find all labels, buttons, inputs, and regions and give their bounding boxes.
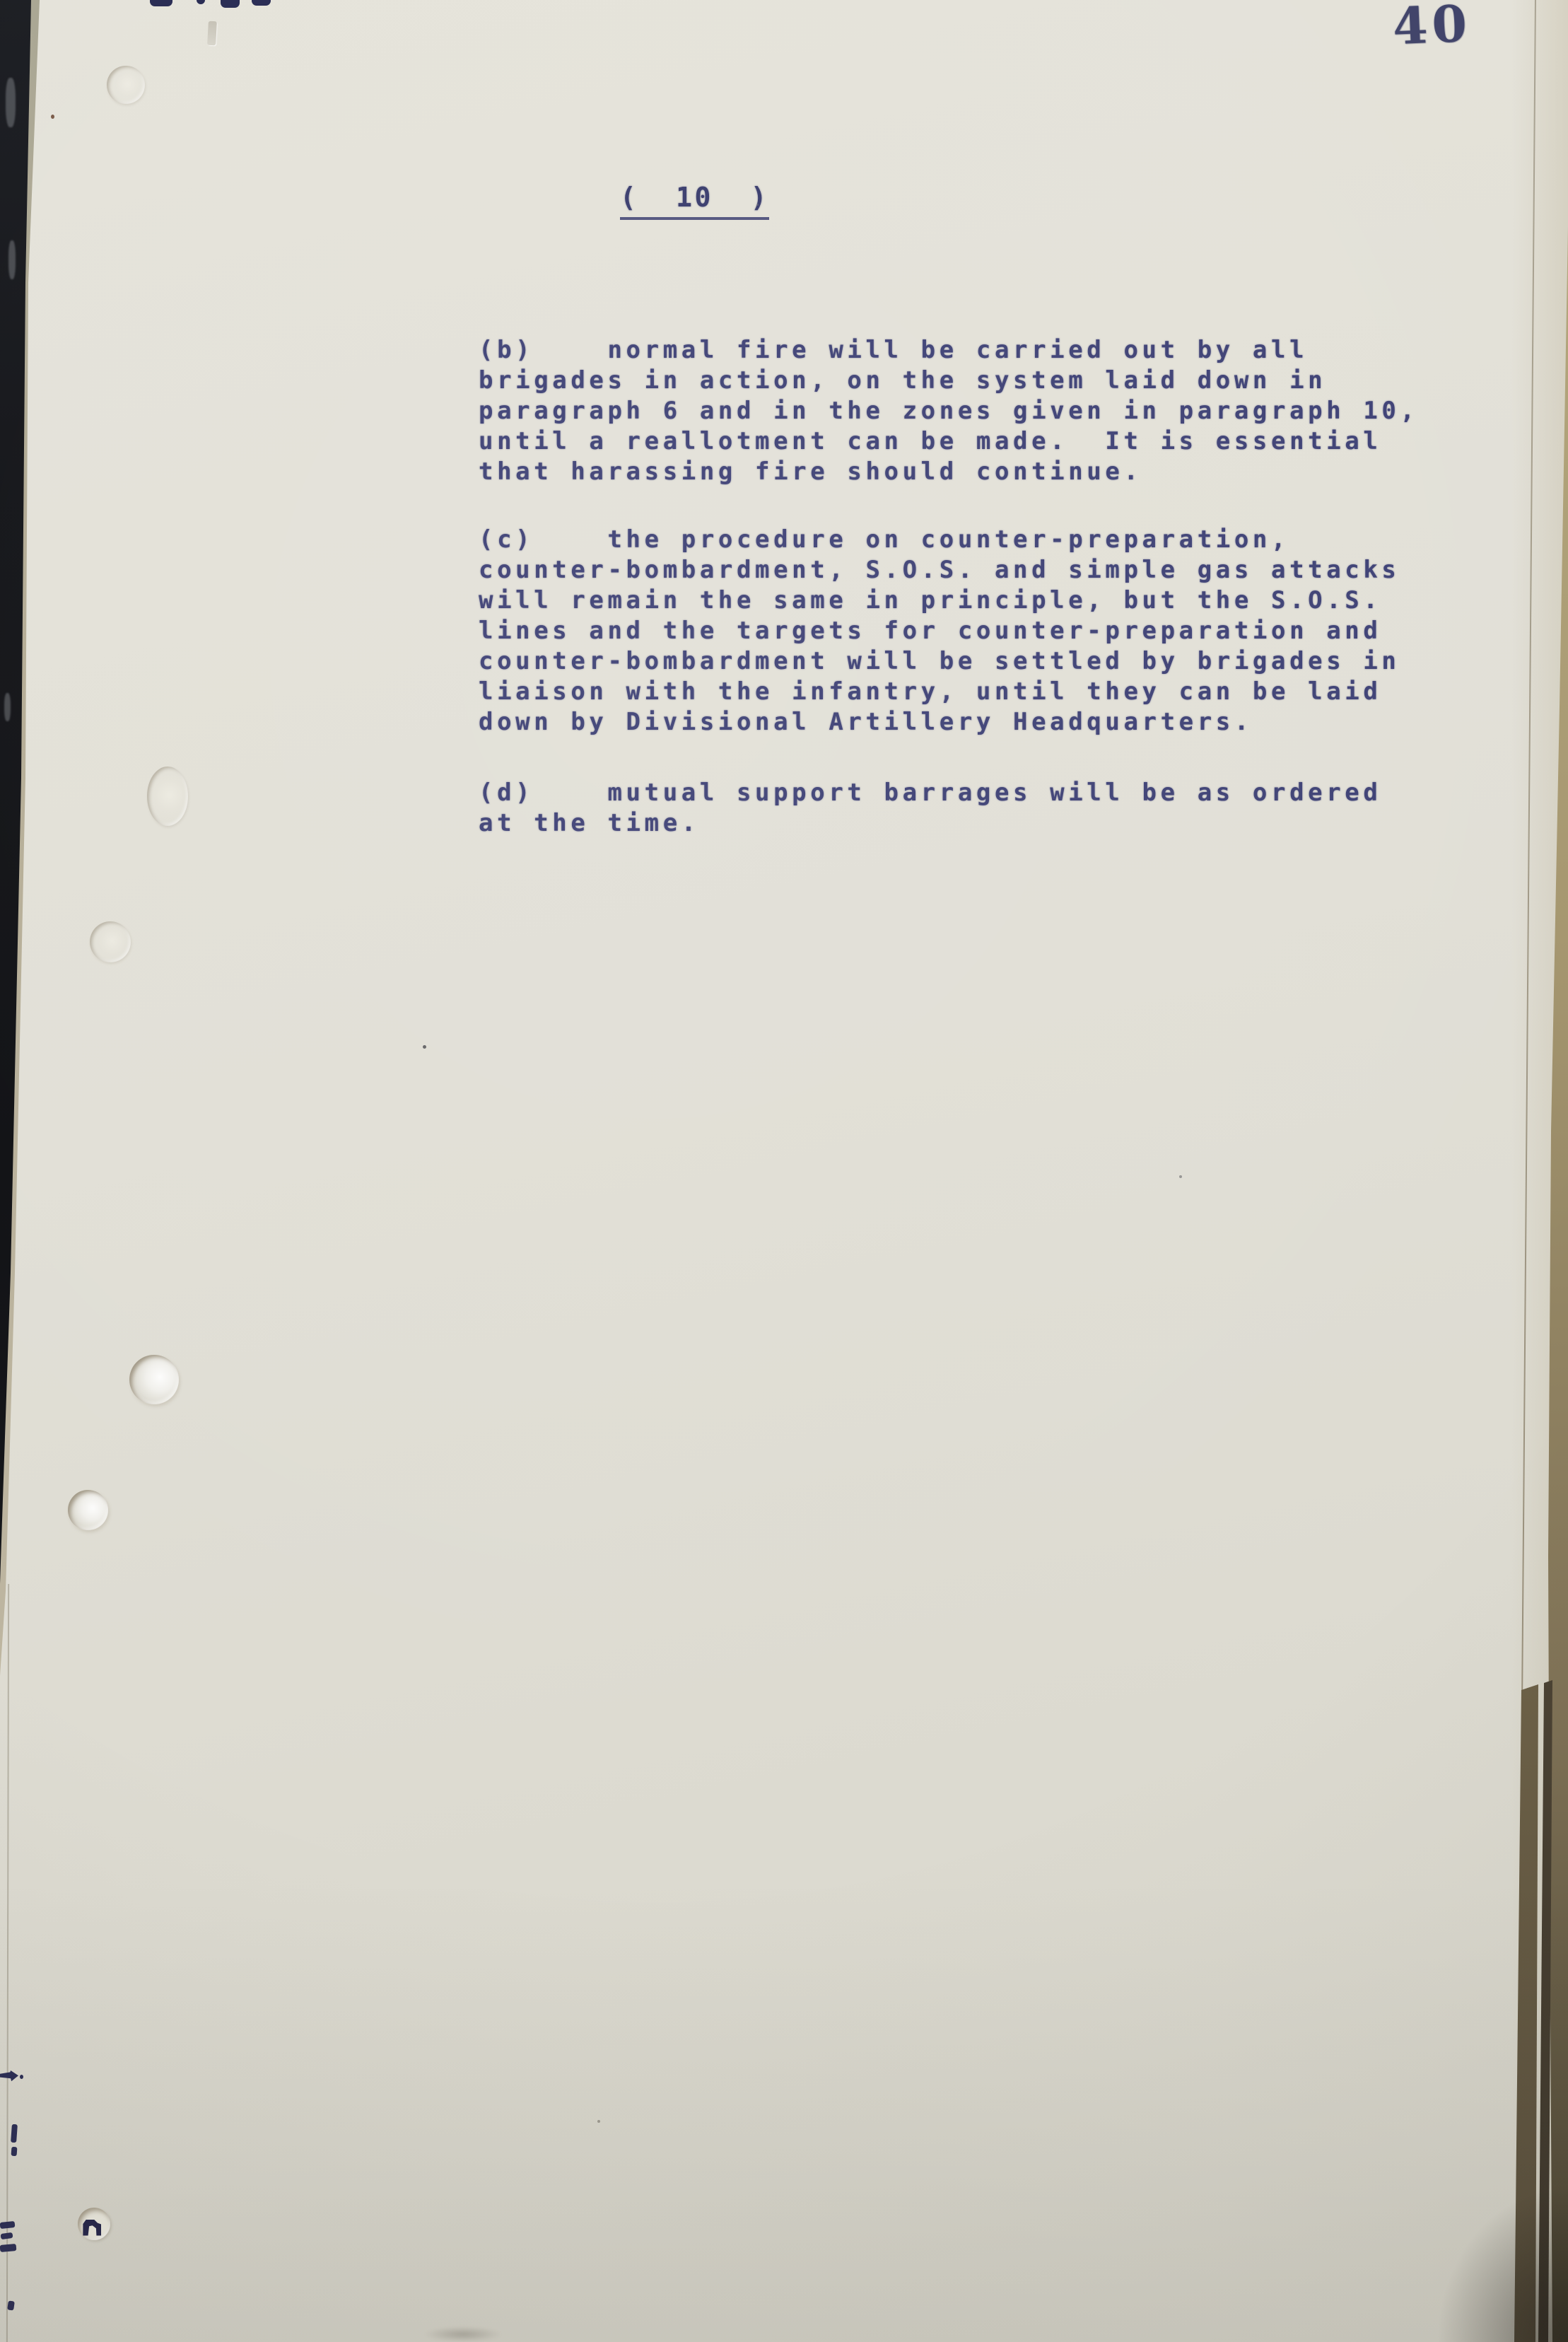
punch-ring-2 xyxy=(147,767,188,826)
bottom-right-shadow xyxy=(1412,2158,1568,2342)
binding-streak xyxy=(6,78,16,127)
ink-dash xyxy=(11,2147,18,2157)
scanned-document-page: 40 ( 10 ) (b) normal fire will be carrie… xyxy=(0,0,1568,2342)
embossed-mark xyxy=(207,21,217,46)
paper-speck xyxy=(1179,1175,1182,1178)
cut-off-ink-mark xyxy=(252,0,271,6)
ink-dash xyxy=(11,2124,18,2143)
bottom-edge-smudge xyxy=(424,2326,502,2342)
arrow-ink-mark xyxy=(0,2070,18,2082)
paragraph-c: (c) the procedure on counter-preparation… xyxy=(479,525,1400,738)
scribble-ink-mark xyxy=(0,2244,16,2252)
binding-streak xyxy=(4,693,11,721)
left-crease-line xyxy=(6,1584,9,2342)
ink-dash xyxy=(7,2300,15,2310)
punch-ring-1 xyxy=(107,66,145,104)
punch-ring-3 xyxy=(90,921,131,962)
page-number-stamp: 40 xyxy=(1392,0,1473,52)
cut-off-ink-mark xyxy=(150,0,172,6)
paper-speck xyxy=(597,2120,600,2123)
paragraph-d: (d) mutual support barrages will be as o… xyxy=(479,778,1381,839)
paragraph-b: (b) normal fire will be carried out by a… xyxy=(479,335,1419,487)
paper-speck xyxy=(423,1045,426,1049)
punch-ring-4 xyxy=(129,1355,179,1404)
page-heading: ( 10 ) xyxy=(620,184,769,220)
punched-hole-with-ink xyxy=(78,2208,110,2240)
paper-speck xyxy=(756,204,759,206)
paper-speck xyxy=(51,115,54,119)
scribble-ink-mark xyxy=(1,2232,13,2239)
binding-streak xyxy=(8,240,16,279)
punch-ring-5 xyxy=(68,1490,108,1530)
page-stack-edge-right xyxy=(1513,0,1568,2342)
cut-off-ink-mark xyxy=(221,0,240,8)
cut-off-ink-mark xyxy=(197,0,205,4)
ink-dot xyxy=(20,2075,23,2079)
scribble-ink-mark xyxy=(0,2221,15,2229)
